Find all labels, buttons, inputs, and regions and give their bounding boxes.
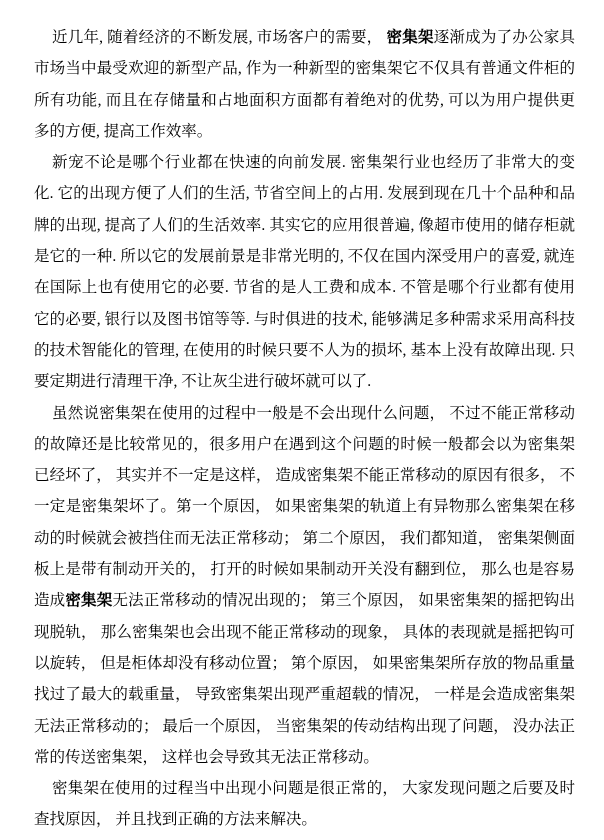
paragraph: 虽然说密集架在使用的过程中一般是不会出现什么问题， 不过不能正常移动的故障还是比… <box>34 398 575 774</box>
paragraph: 近几年, 随着经济的不断发展, 市场客户的需要， 密集架逐渐成为了办公家具市场当… <box>34 22 575 147</box>
bold-text-run: 密集架 <box>387 29 434 46</box>
bold-text-run: 密集架 <box>65 592 112 609</box>
text-run: 密集架在使用的过程当中出现小问题是很正常的， 大家发现问题之后要及时查找原因， … <box>34 780 575 828</box>
paragraph: 密集架在使用的过程当中出现小问题是很正常的， 大家发现问题之后要及时查找原因， … <box>34 773 575 836</box>
text-run: 近几年, 随着经济的不断发展, 市场客户的需要， <box>52 29 387 46</box>
paragraph: 新宠不论是哪个行业都在快速的向前发展. 密集架行业也经历了非常大的变化. 它的出… <box>34 147 575 397</box>
document-body: 近几年, 随着经济的不断发展, 市场客户的需要， 密集架逐渐成为了办公家具市场当… <box>34 22 575 836</box>
document-page: 近几年, 随着经济的不断发展, 市场客户的需要， 密集架逐渐成为了办公家具市场当… <box>0 0 604 840</box>
text-run: 无法正常移动的情况出现的； 第三个原因， 如果密集架的摇把钩出现脱轨， 那么密集… <box>34 592 575 765</box>
text-run: 虽然说密集架在使用的过程中一般是不会出现什么问题， 不过不能正常移动的故障还是比… <box>34 405 575 610</box>
text-run: 新宠不论是哪个行业都在快速的向前发展. 密集架行业也经历了非常大的变化. 它的出… <box>34 154 575 390</box>
